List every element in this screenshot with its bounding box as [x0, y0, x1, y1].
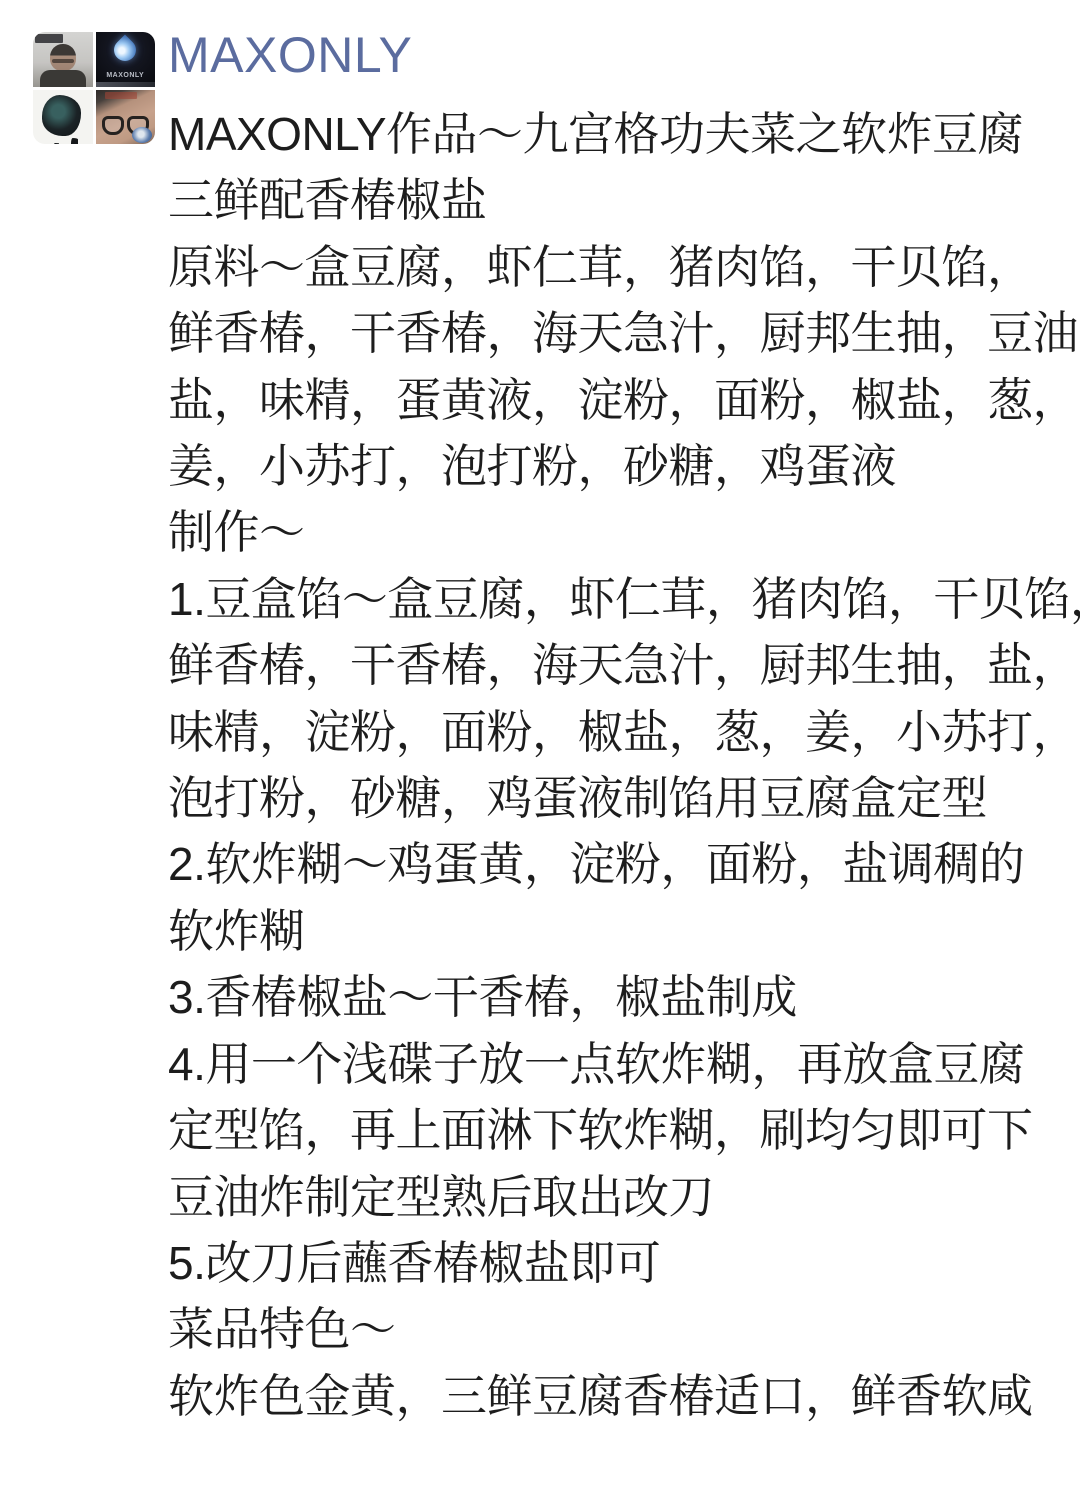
blue-badge-icon — [132, 127, 152, 143]
person-shoulders — [40, 70, 86, 87]
message-line: 3.香椿椒盐～干香椿，椒盐制成 — [168, 964, 1068, 1030]
group-avatar[interactable]: MAXONLY — [33, 32, 155, 144]
sender-name: MAXONLY — [168, 26, 1068, 84]
message-line: 泡打粉，砂糖，鸡蛋液制馅用豆腐盒定型 — [168, 765, 1068, 831]
message-line: 盐，味精，蛋黄液，淀粉，面粉，椒盐，葱， — [168, 367, 1068, 433]
message-line: 定型馅，再上面淋下软炸糊，刷均匀即可下 — [168, 1097, 1068, 1163]
person-head — [50, 44, 76, 71]
message-line: 1.豆盒馅～盒豆腐，虾仁茸，猪肉馅，干贝馅， — [168, 566, 1068, 632]
message-line: 软炸色金黄，三鲜豆腐香椿适口，鲜香软咸 — [168, 1363, 1068, 1429]
message-text[interactable]: MAXONLY作品～九宫格功夫菜之软炸豆腐 三鲜配香椿椒盐 原料～盒豆腐，虾仁茸… — [168, 101, 1068, 1429]
message-column: MAXONLY MAXONLY作品～九宫格功夫菜之软炸豆腐 三鲜配香椿椒盐 原料… — [168, 26, 1068, 1429]
message-line: MAXONLY作品～九宫格功夫菜之软炸豆腐 — [168, 101, 1068, 167]
glasses-left-lens — [102, 116, 124, 135]
message-line: 味精，淀粉，面粉，椒盐，葱，姜，小苏打， — [168, 699, 1068, 765]
message-line: 鲜香椿，干香椿，海天急汁，厨邦生抽，盐， — [168, 632, 1068, 698]
avatar-logo-text: MAXONLY — [96, 71, 156, 80]
avatar-tile-waterdrop-logo: MAXONLY — [96, 32, 156, 87]
message-line: 三鲜配香椿椒盐 — [168, 167, 1068, 233]
avatar-tile-webcam-portrait — [33, 32, 93, 87]
avatar-tile-ink-emblem — [33, 90, 93, 145]
avatar-text-stamp — [35, 34, 63, 43]
ink-blob-icon — [42, 95, 81, 136]
avatar-tile-face-closeup — [96, 90, 156, 145]
message-line: 鲜香椿，干香椿，海天急汁，厨邦生抽，豆油， — [168, 300, 1068, 366]
message-line: 4.用一个浅碟子放一点软炸糊，再放盒豆腐 — [168, 1031, 1068, 1097]
message-line: 原料～盒豆腐，虾仁茸，猪肉馅，干贝馅， — [168, 234, 1068, 300]
message-line: 制作～ — [168, 499, 1068, 565]
message-line: 软炸糊 — [168, 898, 1068, 964]
message-line: 2.软炸糊～鸡蛋黄，淀粉，面粉，盐调稠的 — [168, 831, 1068, 897]
avatar-red-text-stamp — [105, 92, 137, 99]
message-line: 姜，小苏打，泡打粉，砂糖，鸡蛋液 — [168, 433, 1068, 499]
waterdrop-icon — [110, 34, 141, 65]
message-line: 豆油炸制定型熟后取出改刀 — [168, 1164, 1068, 1230]
message-line: 菜品特色～ — [168, 1296, 1068, 1362]
avatar-logo-strip — [96, 82, 156, 87]
message-line: 5.改刀后蘸香椿椒盐即可 — [168, 1230, 1068, 1296]
glasses-icon — [52, 59, 74, 63]
chat-message-view: MAXONLY MAXONLY MAXONLY作品～九宫格功夫菜之软炸豆腐 三鲜… — [0, 0, 1080, 1506]
